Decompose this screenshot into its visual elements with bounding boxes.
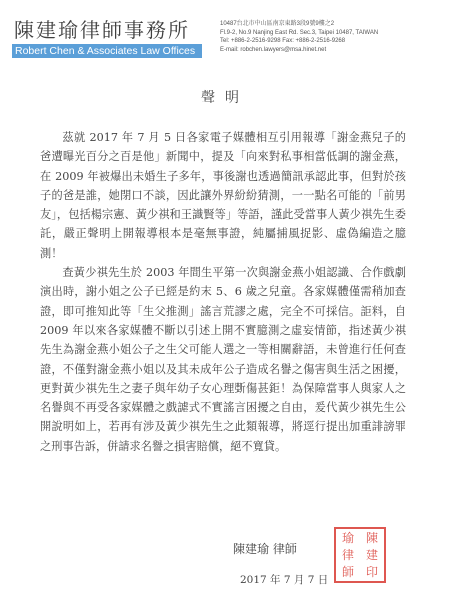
document-title: 聲明	[0, 87, 450, 107]
seal-char: 師	[336, 566, 360, 578]
red-seal-stamp: 瑜 陳 律 建 師 印	[334, 527, 386, 583]
seal-char: 瑜	[336, 532, 360, 544]
statement-paragraph: 茲就 2017 年 7 月 5 日各家電子媒體相互引用報導「謝金燕兒子的爸遭曝光…	[40, 128, 406, 263]
contact-address-en: Fl.9-2, No.9 Nanjing East Rd. Sec.3, Tai…	[220, 29, 378, 38]
signature: 陳建瑜 律師	[233, 540, 297, 557]
letterhead: 陳建瑜律師事務所 Robert Chen & Associates Law Of…	[0, 0, 450, 65]
firm-name-english: Robert Chen & Associates Law Offices	[12, 44, 202, 58]
seal-char: 律	[336, 549, 360, 561]
signature-date: 2017 年 7 月 7 日	[240, 572, 328, 587]
firm-name-chinese: 陳建瑜律師事務所	[14, 14, 190, 43]
statement-body: 茲就 2017 年 7 月 5 日各家電子媒體相互引用報導「謝金燕兒子的爸遭曝光…	[40, 128, 406, 456]
seal-char: 建	[360, 549, 384, 561]
seal-char: 陳	[360, 532, 384, 544]
statement-paragraph: 查黃少祺先生於 2003 年間生平第一次與謝金燕小姐認識、合作戲劇演出時，謝小姐…	[40, 263, 406, 456]
seal-char: 印	[360, 566, 384, 578]
contact-email: E-mail: robchen.lawyers@msa.hinet.net	[220, 46, 378, 55]
contact-phone-fax: Tel: +886-2-2516-9298 Fax: +886-2-2516-9…	[220, 37, 378, 46]
contact-info: 10487台北市中山區南京東路3段9號9樓之2 Fl.9-2, No.9 Nan…	[220, 20, 378, 54]
contact-address-cn: 10487台北市中山區南京東路3段9號9樓之2	[220, 20, 378, 29]
